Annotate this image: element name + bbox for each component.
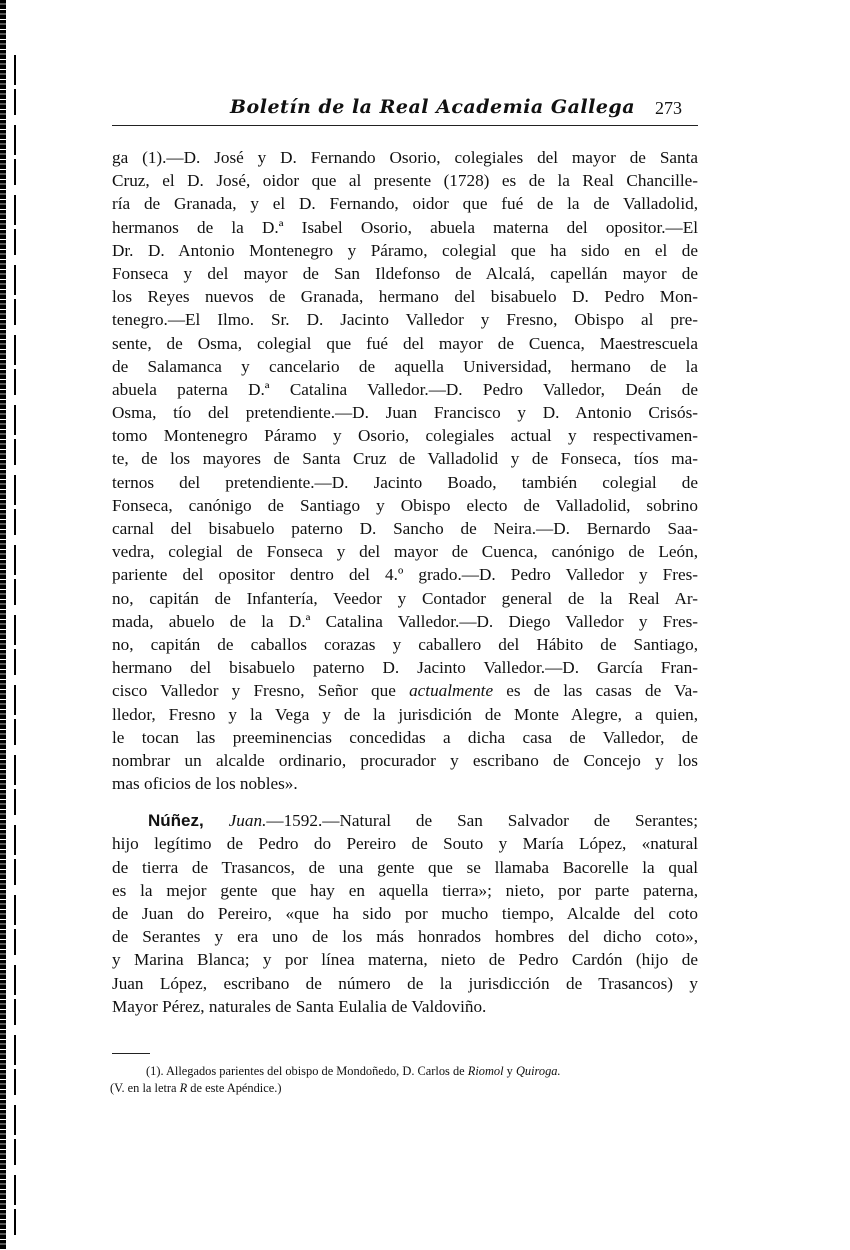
text-line: sente, de Osma, colegial que fué del may…: [112, 332, 698, 355]
entry-first-line: Núñez, Juan.—1592.—Natural de San Salvad…: [112, 809, 698, 832]
text-line: hijo legítimo de Pedro do Pereiro de Sou…: [112, 832, 698, 855]
text-line: Cruz, el D. José, oidor que al presente …: [112, 169, 698, 192]
text-line: le tocan las preeminencias concedidas a …: [112, 726, 698, 749]
text-line: de Juan do Pereiro, «que ha sido por muc…: [112, 902, 698, 925]
text-line: los Reyes nuevos de Granada, hermano del…: [112, 285, 698, 308]
text-line: de tierra de Trasancos, de una gente que…: [112, 856, 698, 879]
header-rule: [112, 125, 698, 126]
text-line: ternos del pretendiente.—D. Jacinto Boad…: [112, 471, 698, 494]
text-line: ga (1).—D. José y D. Fernando Osorio, co…: [112, 146, 698, 169]
body-text: ga (1).—D. José y D. Fernando Osorio, co…: [112, 146, 698, 1018]
text-line: hermano del bisabuelo paterno D. Jacinto…: [112, 656, 698, 679]
text-line: Dr. D. Antonio Montenegro y Páramo, cole…: [112, 239, 698, 262]
footnote-marker: (1).: [146, 1064, 164, 1078]
text-line: carnal del bisabuelo paterno D. Sancho d…: [112, 517, 698, 540]
text-line: abuela paterna D.ª Catalina Valledor.—D.…: [112, 378, 698, 401]
running-title: Boletín de la Real Academia Gallega: [230, 96, 635, 118]
text-line: tenegro.—El Ilmo. Sr. D. Jacinto Valledo…: [112, 308, 698, 331]
text-line: nombrar un alcalde ordinario, procurador…: [112, 749, 698, 772]
text-line: lledor, Fresno y la Vega y de la jurisdi…: [112, 703, 698, 726]
entry-given-name: Juan.: [229, 811, 267, 830]
text-line: Mayor Pérez, naturales de Santa Eulalia …: [112, 995, 698, 1018]
scan-edge-shadow: [0, 0, 6, 1250]
text-line: no, capitán de caballos corazas y caball…: [112, 633, 698, 656]
text-line: no, capitán de Infantería, Veedor y Cont…: [112, 587, 698, 610]
text-line: Fonseca y del mayor de San Ildefonso de …: [112, 262, 698, 285]
text-line: de Salamanca y cancelario de aquella Uni…: [112, 355, 698, 378]
text-line: y Marina Blanca; y por línea materna, ni…: [112, 948, 698, 971]
text-line: pariente del opositor dentro del 4.º gra…: [112, 563, 698, 586]
italic-word: actualmente: [409, 681, 493, 700]
text-line: Juan López, escribano de número de la ju…: [112, 972, 698, 995]
text-line: vedra, colegial de Fonseca y del mayor d…: [112, 540, 698, 563]
text-line: Fonseca, canónigo de Santiago y Obispo e…: [112, 494, 698, 517]
entry-body: hijo legítimo de Pedro do Pereiro de Sou…: [112, 832, 698, 1018]
text-line: de Serantes y era uno de los más honrado…: [112, 925, 698, 948]
text-line: te, de los mayores de Santa Cruz de Vall…: [112, 447, 698, 470]
text-line: es la mejor gente que hay en aquella tie…: [112, 879, 698, 902]
scan-edge-line: [14, 55, 16, 1235]
paragraph-genealogy: ga (1).—D. José y D. Fernando Osorio, co…: [112, 146, 698, 679]
text-line: mada, abuelo de la D.ª Catalina Valledor…: [112, 610, 698, 633]
text-line: mas oficios de los nobles».: [112, 772, 698, 795]
entry-name: Núñez,: [148, 811, 204, 830]
footnote-1: (1). Allegados parientes del obispo de M…: [110, 1063, 700, 1080]
paragraph-genealogy-tail: lledor, Fresno y la Vega y de la jurisdi…: [112, 703, 698, 796]
text-line: cisco Valledor y Fresno, Señor que actua…: [112, 679, 698, 702]
text-line: ría de Granada, y el D. Fernando, oidor …: [112, 192, 698, 215]
footnote-rule: [112, 1053, 150, 1054]
footnotes: (1). Allegados parientes del obispo de M…: [110, 1063, 700, 1097]
text-line: hermanos de la D.ª Isabel Osorio, abuela…: [112, 216, 698, 239]
entry-nunez: Núñez, Juan.—1592.—Natural de San Salvad…: [112, 809, 698, 1018]
text-line: Osma, tío del pretendiente.—D. Juan Fran…: [112, 401, 698, 424]
page-number: 273: [655, 98, 682, 119]
page-header: Boletín de la Real Academia Gallega 273: [112, 96, 698, 126]
footnote-1-cont: (V. en la letra R de este Apéndice.): [110, 1080, 700, 1097]
text-line: tomo Montenegro Páramo y Osorio, colegia…: [112, 424, 698, 447]
